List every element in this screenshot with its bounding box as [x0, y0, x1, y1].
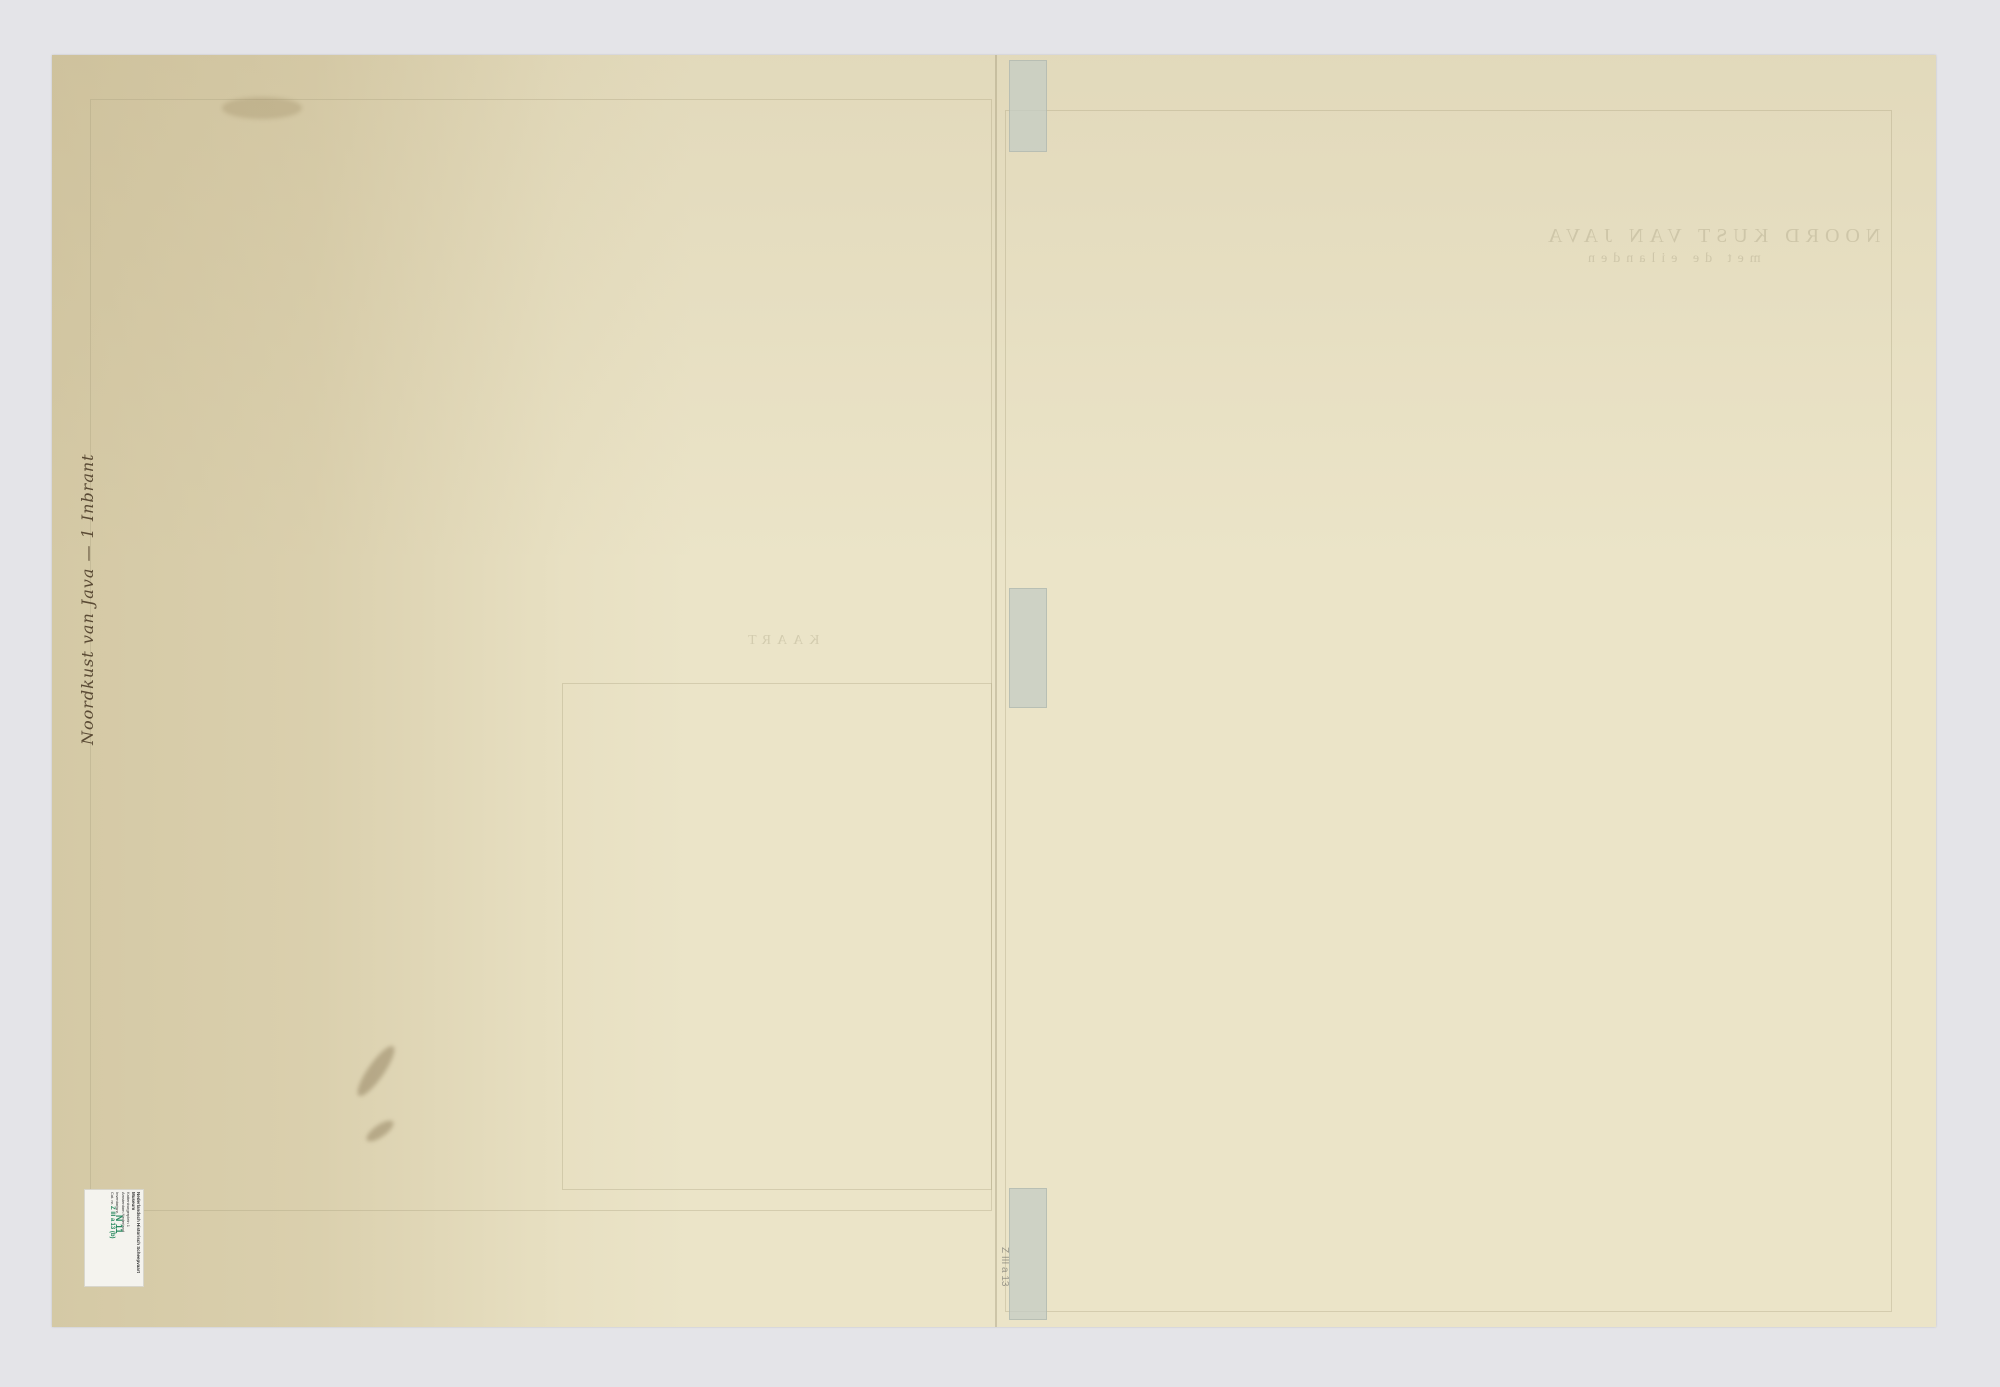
label-inventory-value: N 11 [114, 1215, 124, 1234]
right-panel-frame-bleedthrough [1005, 110, 1892, 1312]
center-fold [995, 55, 997, 1327]
museum-inventory-label: Nederlandsch Historisch Scheepvaart Muse… [84, 1189, 144, 1287]
label-institution: Nederlandsch Historisch Scheepvaart Muse… [131, 1192, 141, 1284]
label-catalog-caption: Cat. nr. [110, 1192, 115, 1205]
repair-tape-top [1009, 60, 1047, 152]
subtitle-bleedthrough: met de eilanden [1582, 251, 1761, 267]
repair-tape-bottom [1009, 1188, 1047, 1320]
title-bleedthrough: NOORD KUST VAN JAVA [1542, 225, 1880, 248]
label-address-1: Kattenburgerplein 1 [126, 1192, 131, 1284]
label-catalog-value-2: 13 (b) [109, 1223, 115, 1239]
repair-tape-middle [1009, 588, 1047, 708]
label-catalog-value-1: Z III a [109, 1206, 115, 1221]
label-address-2: Amsterdam Nederland [121, 1192, 126, 1284]
label-inventory-caption: Inventarisnr. [115, 1192, 120, 1214]
inset-frame-bleedthrough [562, 683, 992, 1190]
handwritten-title: Noordkust van Java — 1 Inbrant [78, 453, 97, 745]
pencil-catalog-mark: Z III a 13 [999, 1247, 1010, 1286]
stain [222, 97, 302, 119]
inset-title-bleedthrough: KAART [742, 633, 819, 649]
map-sheet-verso: NOORD KUST VAN JAVA met de eilanden KAAR… [52, 55, 1936, 1327]
